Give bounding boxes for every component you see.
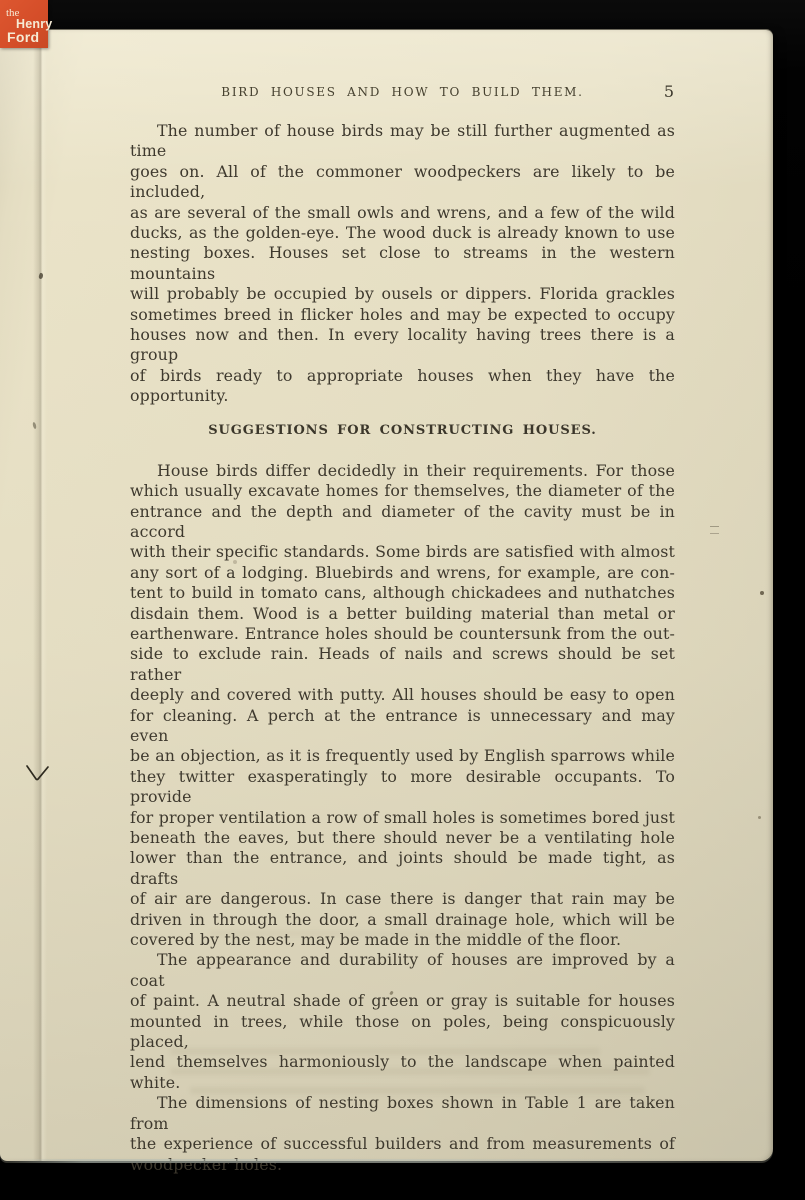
text-line: The dimensions of nesting boxes shown in…: [130, 1093, 675, 1134]
gutter-crease: [33, 30, 47, 1161]
text-line: mounted in trees, while those on poles, …: [130, 1012, 675, 1053]
text-line: which usually excavate homes for themsel…: [130, 481, 675, 501]
text-line: House birds differ decidedly in their re…: [130, 461, 675, 481]
text-line: tent to build in tomato cans, although c…: [130, 583, 675, 603]
text-line: of air are dangerous. In case there is d…: [130, 889, 675, 909]
underlying-page-edge: [8, 1159, 760, 1163]
text-line: beneath the eaves, but there should neve…: [130, 828, 675, 848]
text-line: The appearance and durability of houses …: [130, 950, 675, 991]
page-corner-notch: [20, 1176, 42, 1196]
paragraph-suggestions: House birds differ decidedly in their re…: [130, 461, 675, 951]
text-line: they twitter exasperatingly to more desi…: [130, 767, 675, 808]
text-line: sometimes breed in flicker holes and may…: [130, 305, 675, 325]
scan-background: BIRD HOUSES AND HOW TO BUILD THEM. 5 The…: [0, 0, 805, 1200]
bleed-through-texture: [170, 1068, 650, 1075]
henry-ford-logo: the Henry Ford: [0, 0, 48, 48]
text-line: goes on. All of the commoner woodpeckers…: [130, 162, 675, 203]
ink-speck: [760, 591, 764, 595]
logo-text-ford: Ford: [7, 29, 39, 45]
text-line: side to exclude rain. Heads of nails and…: [130, 644, 675, 685]
paragraph-intro: The number of house birds may be still f…: [130, 121, 675, 407]
section-heading: SUGGESTIONS FOR CONSTRUCTING HOUSES.: [130, 422, 675, 439]
text-line: any sort of a lodging. Bluebirds and wre…: [130, 563, 675, 583]
text-line: ducks, as the golden-eye. The wood duck …: [130, 223, 675, 243]
text-line: nesting boxes. Houses set close to strea…: [130, 243, 675, 284]
ink-speck: [758, 816, 761, 819]
text-line: driven in through the door, a small drai…: [130, 910, 675, 930]
text-line: deeply and covered with putty. All house…: [130, 685, 675, 705]
text-line: for proper ventilation a row of small ho…: [130, 808, 675, 828]
running-head-row: BIRD HOUSES AND HOW TO BUILD THEM. 5: [130, 85, 675, 103]
text-line: will probably be occupied by ousels or d…: [130, 284, 675, 304]
text-line: for cleaning. A perch at the entrance is…: [130, 706, 675, 747]
text-line: disdain them. Wood is a better building …: [130, 604, 675, 624]
text-line: as are several of the small owls and wre…: [130, 203, 675, 223]
text-line: the experience of successful builders an…: [130, 1134, 675, 1154]
running-header-title: BIRD HOUSES AND HOW TO BUILD THEM.: [130, 85, 675, 99]
bleed-through-texture: [190, 1087, 645, 1094]
bleed-through-texture: [170, 1048, 600, 1055]
text-line: be an objection, as it is frequently use…: [130, 746, 675, 766]
page-number: 5: [664, 82, 674, 101]
book-page: BIRD HOUSES AND HOW TO BUILD THEM. 5 The…: [0, 30, 773, 1161]
text-line: entrance and the depth and diameter of t…: [130, 502, 675, 543]
page-content: BIRD HOUSES AND HOW TO BUILD THEM. 5 The…: [130, 85, 675, 1175]
text-line: of birds ready to appropriate houses whe…: [130, 366, 675, 407]
text-line: with their specific standards. Some bird…: [130, 542, 675, 562]
text-line: woodpecker holes.: [130, 1155, 675, 1175]
text-line: lower than the entrance, and joints shou…: [130, 848, 675, 889]
bleed-through-texture: [210, 930, 590, 937]
text-line: The number of house birds may be still f…: [130, 121, 675, 162]
text-line: of paint. A neutral shade of green or gr…: [130, 991, 675, 1011]
text-line: earthenware. Entrance holes should be co…: [130, 624, 675, 644]
margin-mark: [710, 526, 719, 534]
text-line: houses now and then. In every locality h…: [130, 325, 675, 366]
